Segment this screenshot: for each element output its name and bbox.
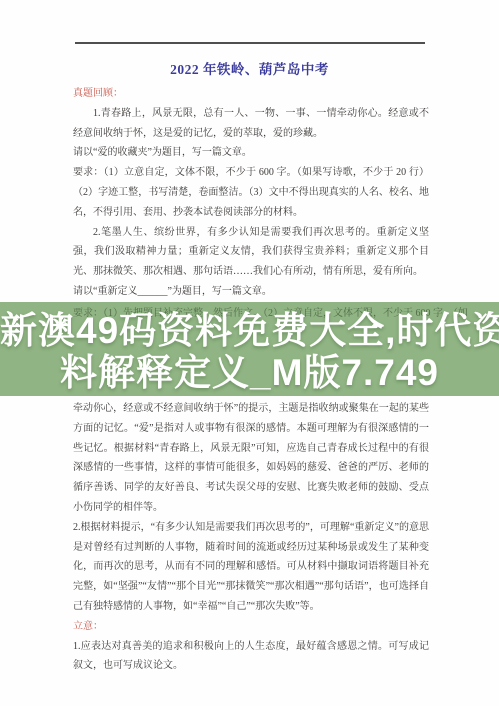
document-page: 2022 年铁岭、葫芦岛中考 真题回顾： 1.青春路上，风景无限，总有一人、一物… bbox=[0, 0, 499, 706]
watermark-banner-overlay: 要求：（1）先把题目补充完整，然后作文。（2）立意自定，文体不限，不少于 600… bbox=[0, 302, 499, 396]
watermark-text-line1: 新澳49码资料免费大全,时代资 bbox=[0, 310, 499, 352]
prompt2-paragraph: 2.笔墨人生、缤纷世界，有多少认知是需要我们再次思考的。重新定义坚强，我们汲取精… bbox=[73, 223, 429, 282]
watermark-text-line2: 料解释定义_M版7.749 bbox=[0, 352, 499, 394]
document-title: 2022 年铁岭、葫芦岛中考 bbox=[0, 58, 499, 78]
prompt1-requirements: 要求：（1）立意自定，文体不限，不少于 600 字。（如果写诗歌，不少于 20 … bbox=[73, 163, 429, 222]
answer-analysis-section: 牵动你心，经意或不经意间收纳于怀”的提示，主题是指收纳或聚集在一起的某些方面的记… bbox=[73, 399, 429, 676]
exam-prompts-section: 真题回顾： 1.青春路上，风景无限，总有一人、一物、一事、一情牵动你心。经意或不… bbox=[73, 84, 429, 302]
recall-heading: 真题回顾： bbox=[73, 84, 429, 104]
prompt1-title-line: 请以“爱的收藏夹”为题目，写一篇文章。 bbox=[73, 143, 429, 163]
analysis1-paragraph: 牵动你心，经意或不经意间收纳于怀”的提示，主题是指收纳或聚集在一起的某些方面的记… bbox=[73, 399, 429, 518]
liyi-paragraph: 1.应表达对真善美的追求和积极向上的人生态度，最好蕴含感恩之情。可写成记叙文，也… bbox=[73, 637, 429, 677]
analysis2-paragraph: 2.根据材料提示，“有多少认知是需要我们再次思考的”，可理解“重新定义”的意思是… bbox=[73, 518, 429, 617]
prompt2-title-line: 请以“重新定义______”为题目，写一篇文章。 bbox=[73, 282, 429, 302]
prompt1-paragraph: 1.青春路上，风景无限，总有一人、一物、一事、一情牵动你心。经意或不经意间收纳于… bbox=[73, 104, 429, 144]
top-divider-rule bbox=[75, 42, 425, 44]
liyi-heading: 立意： bbox=[73, 617, 429, 637]
